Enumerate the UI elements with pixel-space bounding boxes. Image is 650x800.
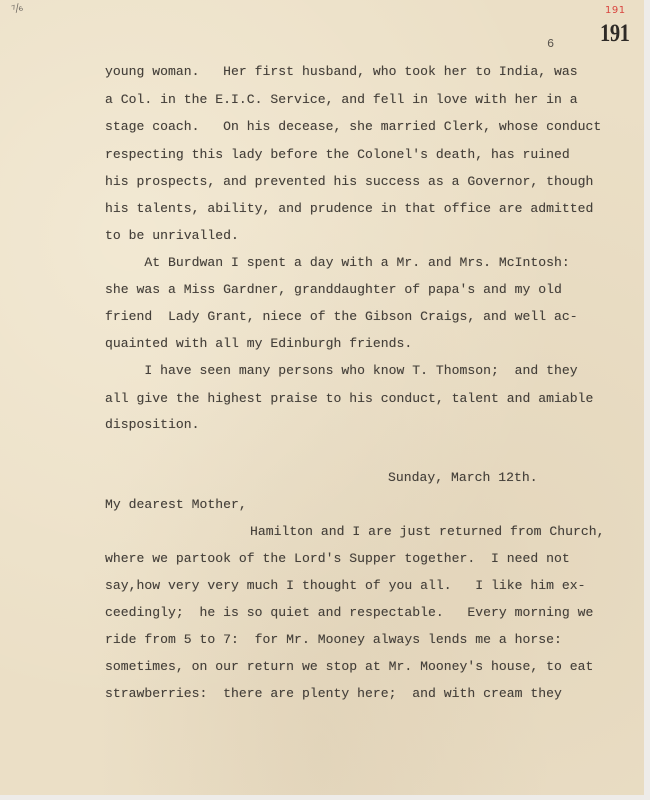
body-line: say,how very very much I thought of you … <box>105 578 586 594</box>
body-line: strawberries: there are plenty here; and… <box>105 686 562 702</box>
salutation: My dearest Mother, <box>105 497 247 513</box>
dateline: Sunday, March 12th. <box>388 470 538 486</box>
body-line: where we partook of the Lord's Supper to… <box>105 551 570 567</box>
body-line: his prospects, and prevented his success… <box>105 174 593 190</box>
red-folio-number: 191 <box>605 5 626 16</box>
typed-page-number: 6 <box>547 37 554 51</box>
body-line: friend Lady Grant, niece of the Gibson C… <box>105 309 578 325</box>
body-line: quainted with all my Edinburgh friends. <box>105 336 412 352</box>
body-line: all give the highest praise to his condu… <box>105 391 593 407</box>
stamped-folio-number: 191 <box>600 20 630 48</box>
body-line: stage coach. On his decease, she married… <box>105 119 601 135</box>
pencil-annotation: ⁷⁄₆ <box>10 1 24 17</box>
body-line: ceedingly; he is so quiet and respectabl… <box>105 605 593 621</box>
body-line: Hamilton and I are just returned from Ch… <box>250 524 605 540</box>
scan-margin-right <box>644 0 650 800</box>
scan-margin-bottom <box>0 795 650 800</box>
body-line: a Col. in the E.I.C. Service, and fell i… <box>105 92 578 108</box>
body-line: I have seen many persons who know T. Tho… <box>105 363 578 379</box>
body-line: At Burdwan I spent a day with a Mr. and … <box>105 255 570 271</box>
body-line: sometimes, on our return we stop at Mr. … <box>105 659 593 675</box>
typescript-page: ⁷⁄₆ 191 191 6 young woman. Her first hus… <box>0 0 644 795</box>
body-line: respecting this lady before the Colonel'… <box>105 147 570 163</box>
body-line: his talents, ability, and prudence in th… <box>105 201 593 217</box>
body-line: young woman. Her first husband, who took… <box>105 64 578 80</box>
body-line: disposition. <box>105 417 200 433</box>
body-line: ride from 5 to 7: for Mr. Mooney always … <box>105 632 562 648</box>
body-line: to be unrivalled. <box>105 228 239 244</box>
body-line: she was a Miss Gardner, granddaughter of… <box>105 282 562 298</box>
